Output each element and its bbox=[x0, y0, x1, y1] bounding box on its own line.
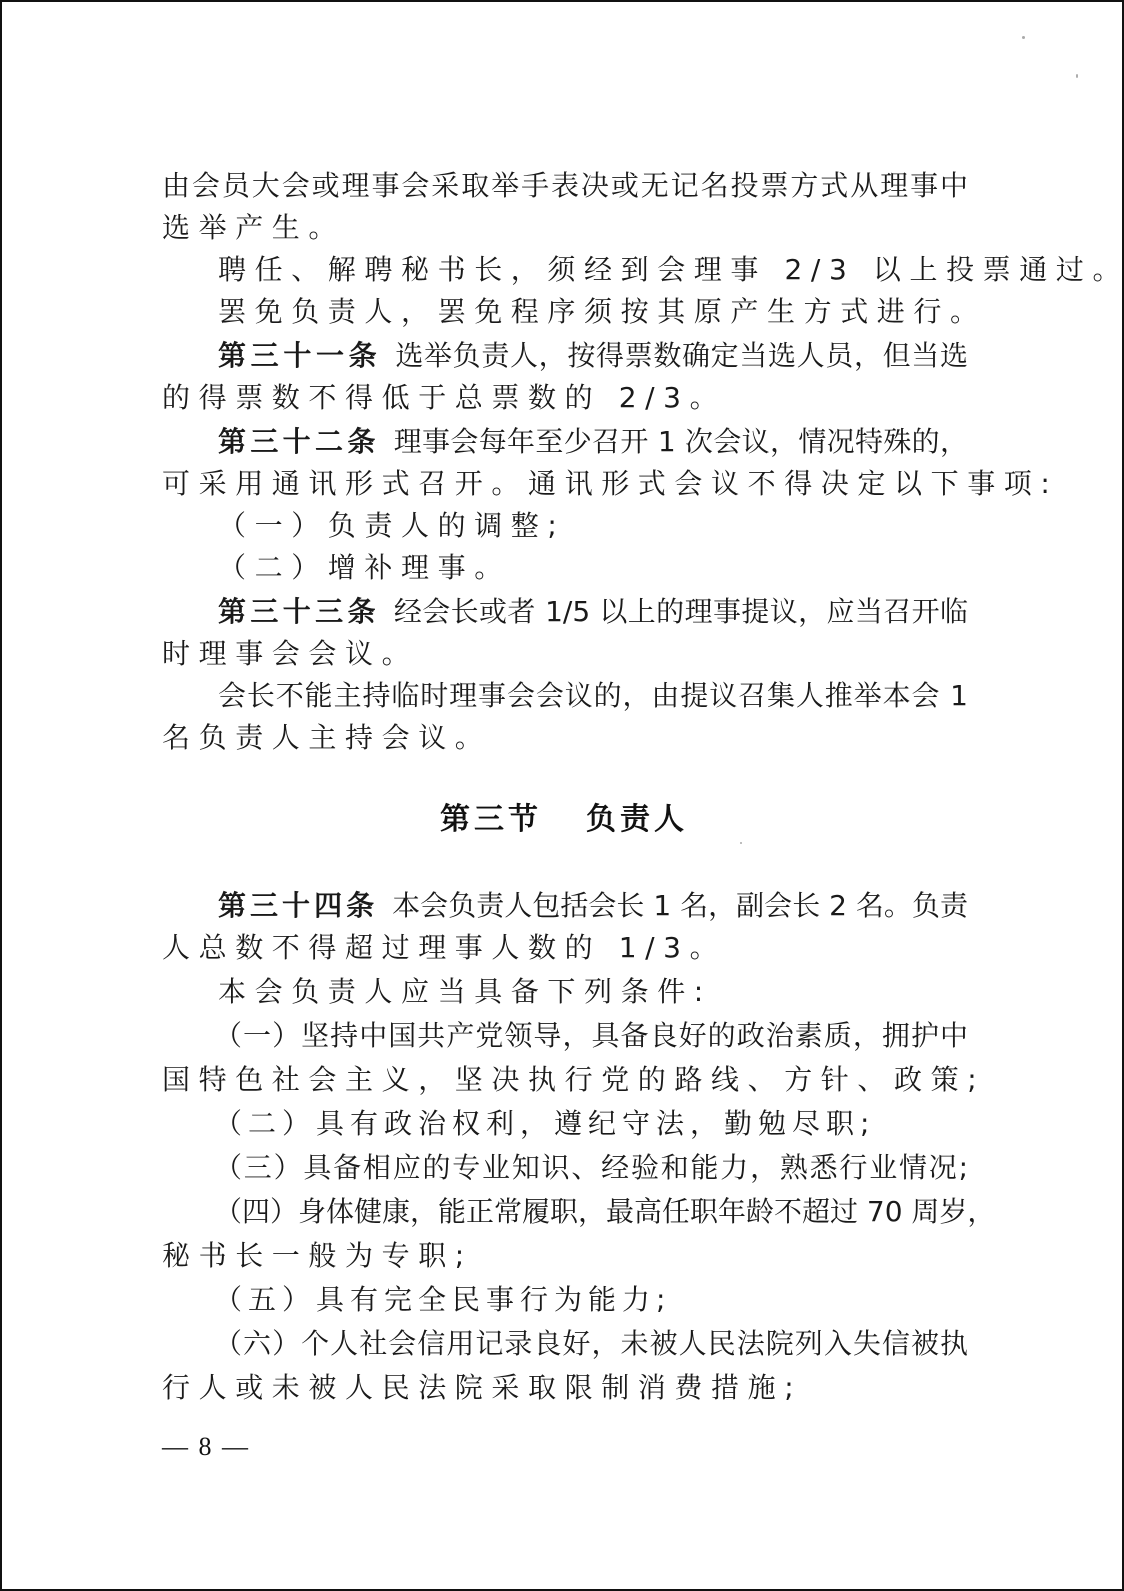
article-number: 第三十三条 bbox=[218, 595, 380, 628]
paragraph-line: 秘书长一般为专职; bbox=[162, 1236, 968, 1276]
list-item: （五）具有完全民事行为能力; bbox=[214, 1280, 1020, 1320]
article-text: 选举负责人，按得票数确定当选人员，但当选 bbox=[395, 339, 968, 372]
scan-speck bbox=[1076, 74, 1078, 78]
article-31-line: 第三十一条选举负责人，按得票数确定当选人员，但当选 bbox=[218, 336, 968, 376]
article-number: 第三十四条 bbox=[218, 889, 378, 922]
section-number: 第三节 bbox=[440, 802, 542, 837]
article-text: 本会负责人包括会长 1 名，副会长 2 名。负责 bbox=[392, 889, 968, 922]
paragraph-line: 本会负责人应当具备下列条件: bbox=[218, 972, 968, 1012]
list-item: （二）具有政治权利，遵纪守法，勤勉尽职; bbox=[214, 1104, 1020, 1144]
article-number: 第三十一条 bbox=[218, 339, 381, 372]
scan-speck bbox=[1022, 36, 1025, 39]
paragraph-line: 由会员大会或理事会采取举手表决或无记名投票方式从理事中 bbox=[162, 166, 968, 206]
section-title: 负责人 bbox=[586, 802, 688, 837]
paragraph-line: 罢免负责人，罢免程序须按其原产生方式进行。 bbox=[218, 292, 968, 332]
paragraph-line: 时理事会会议。 bbox=[162, 634, 968, 674]
document-page: 由会员大会或理事会采取举手表决或无记名投票方式从理事中 选举产生。 聘任、解聘秘… bbox=[0, 0, 1124, 1591]
list-item: （三）具备相应的专业知识、经验和能力，熟悉行业情况; bbox=[214, 1148, 968, 1188]
paragraph-line: 国特色社会主义，坚决执行党的路线、方针、政策; bbox=[162, 1060, 968, 1100]
article-number: 第三十二条 bbox=[218, 425, 380, 458]
paragraph-line: 选举产生。 bbox=[162, 208, 968, 248]
paragraph-line: 可采用通讯形式召开。通讯形式会议不得决定以下事项: bbox=[162, 464, 968, 504]
article-34-line: 第三十四条本会负责人包括会长 1 名，副会长 2 名。负责 bbox=[218, 886, 968, 926]
page-number: — 8 — bbox=[162, 1432, 250, 1462]
article-33-line: 第三十三条经会长或者 1/5 以上的理事提议，应当召开临 bbox=[218, 592, 968, 632]
list-item: （六）个人社会信用记录良好，未被人民法院列入失信被执 bbox=[214, 1324, 968, 1364]
paragraph-line: 行人或未被人民法院采取限制消费措施; bbox=[162, 1368, 968, 1408]
list-item: （一）坚持中国共产党领导，具备良好的政治素质，拥护中 bbox=[214, 1016, 968, 1056]
scan-speck bbox=[740, 842, 742, 844]
list-item: （二）增补理事。 bbox=[218, 548, 968, 588]
article-32-line: 第三十二条理事会每年至少召开 1 次会议，情况特殊的， bbox=[218, 422, 968, 462]
paragraph-line: 名负责人主持会议。 bbox=[162, 718, 968, 758]
article-text: 理事会每年至少召开 1 次会议，情况特殊的， bbox=[394, 425, 968, 458]
article-text: 经会长或者 1/5 以上的理事提议，应当召开临 bbox=[394, 595, 968, 628]
paragraph-line: 会长不能主持临时理事会会议的，由提议召集人推举本会 1 bbox=[218, 676, 968, 716]
paragraph-line: 聘任、解聘秘书长，须经到会理事 2/3 以上投票通过。 bbox=[218, 250, 968, 290]
paragraph-line: 人总数不得超过理事人数的 1/3。 bbox=[162, 928, 968, 968]
list-item: （四）身体健康，能正常履职，最高任职年龄不超过 70 周岁， bbox=[214, 1192, 968, 1232]
paragraph-line: 的得票数不得低于总票数的 2/3。 bbox=[162, 378, 968, 418]
section-heading: 第三节负责人 bbox=[2, 800, 1124, 840]
list-item: （一）负责人的调整; bbox=[218, 506, 968, 546]
